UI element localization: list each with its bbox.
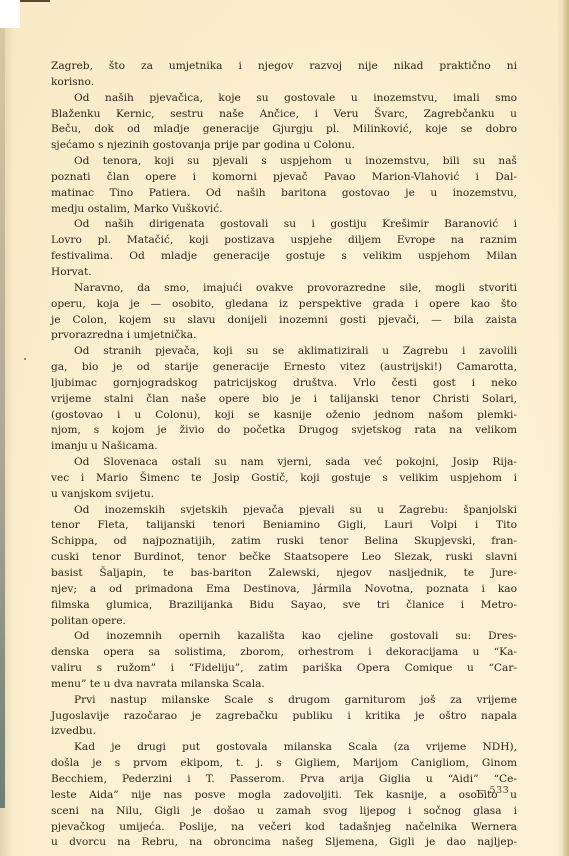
text-line: ga, bio je od starije generacije Ernesto… xyxy=(51,360,517,376)
text-line: denska opera sa solistima, zborom, orhes… xyxy=(51,645,517,661)
text-line: politan opere. xyxy=(51,614,517,630)
text-line: Od tenora, koji su pjevali s uspjehom u … xyxy=(51,154,517,170)
text-line: korisno. xyxy=(51,75,517,91)
page-number: — 533 xyxy=(476,785,509,796)
text-line: Blaženku Kernic, sestru naše Ančice, i V… xyxy=(51,107,517,123)
text-line: Beču, dok od mladje generacije Gjurgju p… xyxy=(51,122,517,138)
text-line: Zagreb, što za umjetnika i njegov razvoj… xyxy=(51,59,517,75)
text-line: medju ostalim, Marko Vušković. xyxy=(51,202,517,218)
scanned-book-page: Zagreb, što za umjetnika i njegov razvoj… xyxy=(0,0,569,856)
text-line: Becchiem, Pederzini i T. Passerom. Prva … xyxy=(51,772,517,788)
text-line: pjevačkog umijeća. Poslije, na večeri ko… xyxy=(51,820,517,836)
page-edge-shadow xyxy=(20,0,50,2)
text-line: Prvi nastup milanske Scale s drugom garn… xyxy=(51,693,517,709)
paragraph: Od tenora, koji su pjevali s uspjehom u … xyxy=(51,154,517,217)
text-line: imanju u Našicama. xyxy=(51,439,517,455)
text-line: Od Slovenaca ostali su nam vjerni, sada … xyxy=(51,455,517,471)
paragraph: Od inozemnih opernih kazališta kao cjeli… xyxy=(51,629,517,692)
text-line: matinac Tino Patiera. Od naših baritona … xyxy=(51,186,517,202)
scan-margin-top-left xyxy=(0,0,20,28)
paragraph: Naravno, da smo, imajući ovakve provoraz… xyxy=(51,281,517,344)
text-line: Od stranih pjevača, koji su se aklimatiz… xyxy=(51,344,517,360)
text-line: Lovro pl. Matačić, koji postizava uspjeh… xyxy=(51,233,517,249)
text-line: Od inozemnih opernih kazališta kao cjeli… xyxy=(51,629,517,645)
text-line: festivalima. Od mladje generacije gostuj… xyxy=(51,249,517,265)
paragraph: Prvi nastup milanske Scale s drugom garn… xyxy=(51,693,517,741)
paragraph: Zagreb, što za umjetnika i njegov razvoj… xyxy=(51,59,517,91)
paragraph: Od naših pjevačica, koje su gostovale u … xyxy=(51,91,517,154)
text-line: prvorazredna i umjetnička. xyxy=(51,328,517,344)
text-line: vrijeme stalni član naše opere bio je i … xyxy=(51,392,517,408)
text-line: poznati član opere i komorni pjevač Pava… xyxy=(51,170,517,186)
text-line: (gostovao i u Colonu), koji se kasnije o… xyxy=(51,408,517,424)
text-line: vec i Mario Šimenc te Josip Gostič, koji… xyxy=(51,471,517,487)
binding-edge xyxy=(0,28,5,808)
text-line: Jugoslavije razočarao je zagrebačku publ… xyxy=(51,709,517,725)
paragraph: Od inozemskih svjetskih pjevača pjevali … xyxy=(51,503,517,630)
text-line: tenor Fleta, talijanski tenori Beniamino… xyxy=(51,518,517,534)
text-line: sceni na Nilu, Gigli je došao u zamah sv… xyxy=(51,804,517,820)
text-line: u dvorcu na Rebru, na obroncima našeg Sl… xyxy=(51,835,517,851)
text-line: Naravno, da smo, imajući ovakve provoraz… xyxy=(51,281,517,297)
text-line: došla je s prvom ekipom, t. j. s Gigliem… xyxy=(51,756,517,772)
paragraph: Od Slovenaca ostali su nam vjerni, sada … xyxy=(51,455,517,503)
text-line: ljubimac gornjogradskog patricijskog dru… xyxy=(51,376,517,392)
page-right-edge xyxy=(563,0,569,856)
paragraph: Kad je drugi put gostovala milanska Scal… xyxy=(51,740,517,851)
text-line: njom, s kojom je živio do početka Drugog… xyxy=(51,423,517,439)
text-line: Schippa, od najpoznatijih, zatim ruski t… xyxy=(51,534,517,550)
text-line: je Colon, kojem su slavu donijeli inozem… xyxy=(51,313,517,329)
text-line: Kad je drugi put gostovala milanska Scal… xyxy=(51,740,517,756)
text-line: filmska glumica, Brazilijanka Bidu Sayao… xyxy=(51,598,517,614)
text-line: basist Šaljapin, te bas-bariton Zalewski… xyxy=(51,566,517,582)
text-line: valiru s ružom” i “Fideliju”, zatim pari… xyxy=(51,661,517,677)
text-line: u vanjskom svijetu. xyxy=(51,487,517,503)
text-line: leste Aida” nije nas posve mogla zadovol… xyxy=(51,788,517,804)
text-line: Od naših pjevačica, koje su gostovale u … xyxy=(51,91,517,107)
text-line: menu” te u dva navrata milanska Scala. xyxy=(51,677,517,693)
text-line: Horvat. xyxy=(51,265,517,281)
text-line: izvedbu. xyxy=(51,724,517,740)
text-line: Od naših dirigenata gostovali su i gosti… xyxy=(51,217,517,233)
text-line: sjećamo s njezinih gostovanja prije par … xyxy=(51,138,517,154)
paragraph: Od naših dirigenata gostovali su i gosti… xyxy=(51,217,517,280)
text-line: operu, koja je — osobito, gledana iz per… xyxy=(51,297,517,313)
text-line: Od inozemskih svjetskih pjevača pjevali … xyxy=(51,503,517,519)
paragraph: Od stranih pjevača, koji su se aklimatiz… xyxy=(51,344,517,455)
text-line: njev; a od primadona Ema Destinova, Járm… xyxy=(51,582,517,598)
body-text: Zagreb, što za umjetnika i njegov razvoj… xyxy=(51,59,517,851)
margin-speck xyxy=(24,358,26,360)
text-line: cuski tenor Burdinot, tenor bečke Staats… xyxy=(51,550,517,566)
